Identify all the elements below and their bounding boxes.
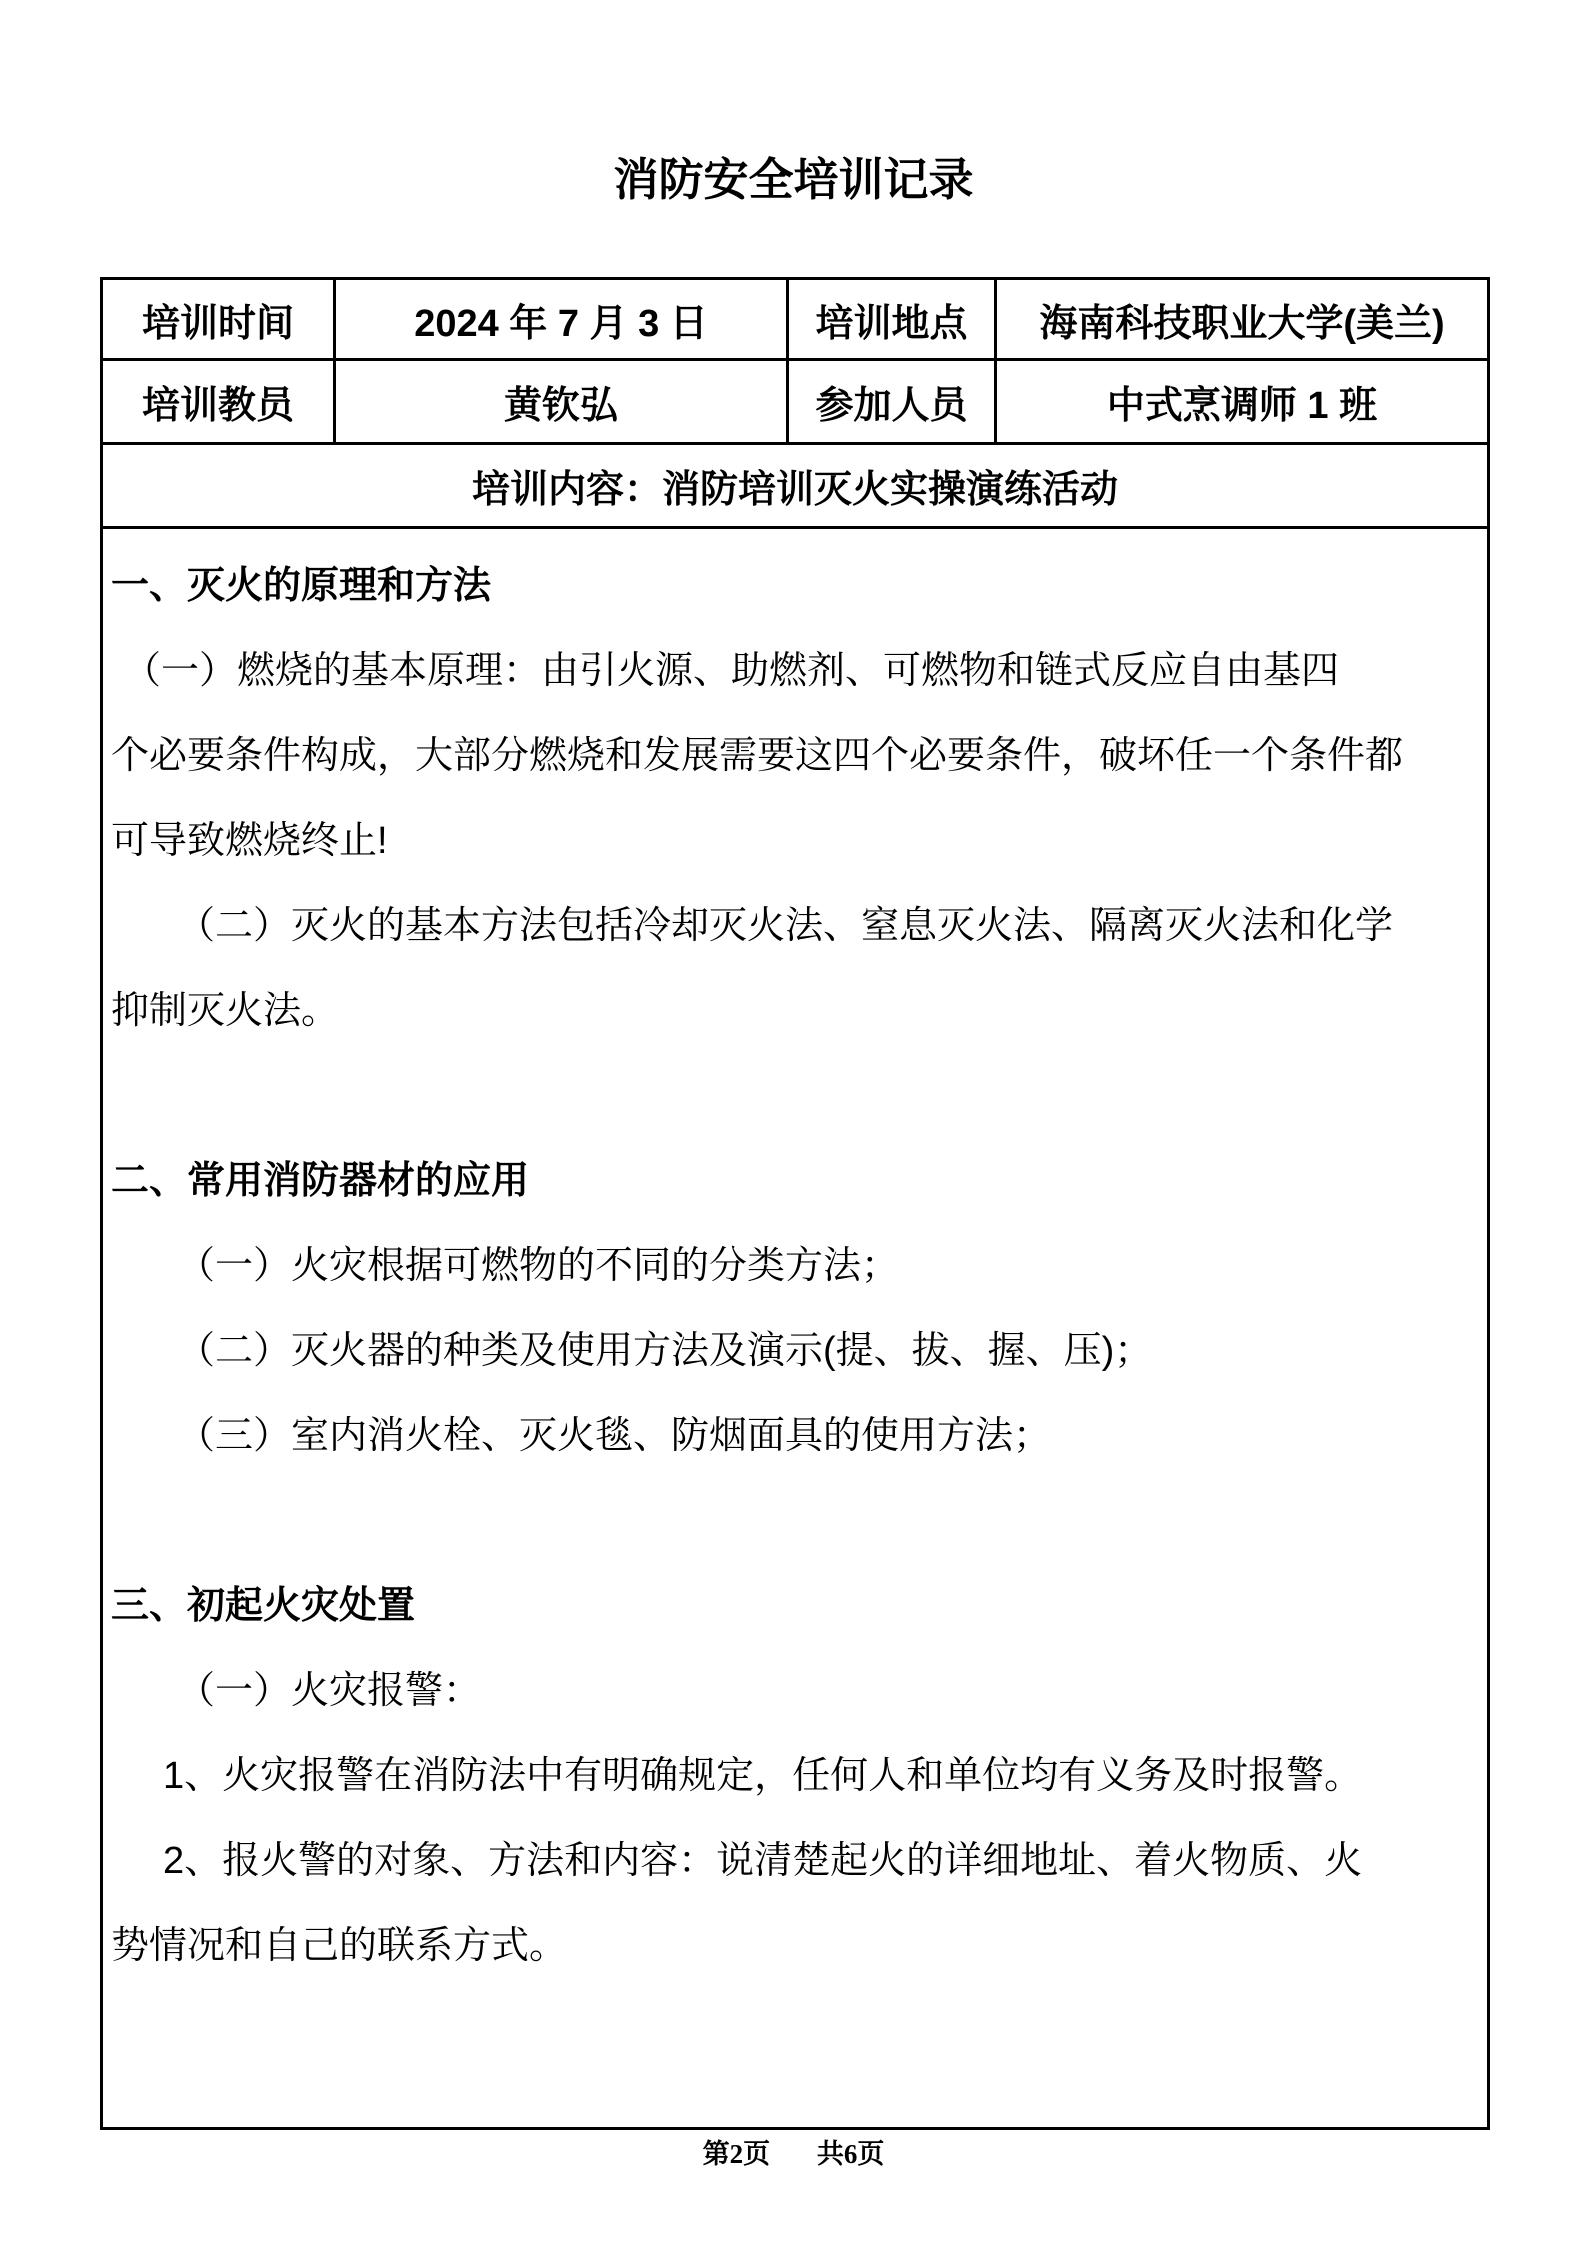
- value-training-time: 2024 年 7 月 3 日: [336, 280, 786, 358]
- section-heading: 二、常用消防器材的应用: [111, 1139, 1479, 1224]
- body-line: （二）灭火的基本方法包括冷却灭火法、窒息灭火法、隔离灭火法和化学: [111, 884, 1479, 969]
- body-line: （一）火灾根据可燃物的不同的分类方法；: [111, 1224, 1479, 1309]
- label-training-time: 培训时间: [103, 280, 333, 358]
- document-title: 消防安全培训记录: [0, 150, 1587, 210]
- body-line: 势情况和自己的联系方式。: [111, 1904, 1479, 1989]
- value-training-instructor: 黄钦弘: [336, 361, 786, 442]
- body-line: （一）燃烧的基本原理：由引火源、助燃剂、可燃物和链式反应自由基四: [111, 629, 1479, 714]
- training-record-table: 培训时间 2024 年 7 月 3 日 培训地点 海南科技职业大学(美兰) 培训…: [100, 277, 1490, 2130]
- document-page: 消防安全培训记录 培训时间 2024 年 7 月 3 日 培训地点 海南科技职业…: [0, 0, 1587, 2245]
- body-line: 可导致燃烧终止!: [111, 799, 1479, 884]
- value-participants: 中式烹调师 1 班: [997, 361, 1487, 442]
- body-line: [111, 1054, 1479, 1139]
- label-participants: 参加人员: [789, 361, 994, 442]
- body-line: （一）火灾报警：: [111, 1649, 1479, 1734]
- page-footer: 第2页 共6页: [0, 2136, 1587, 2172]
- body-line: 2、报火警的对象、方法和内容：说清楚起火的详细地址、着火物质、火: [111, 1819, 1479, 1904]
- page-number: 第2页: [703, 2139, 771, 2169]
- body-line: 1、火灾报警在消防法中有明确规定，任何人和单位均有义务及时报警。: [111, 1734, 1479, 1819]
- label-training-instructor: 培训教员: [103, 361, 333, 442]
- training-content-body: 一、灭火的原理和方法（一）燃烧的基本原理：由引火源、助燃剂、可燃物和链式反应自由…: [103, 529, 1487, 2127]
- page-total: 共6页: [817, 2139, 885, 2169]
- body-line: （二）灭火器的种类及使用方法及演示(提、拔、握、压)；: [111, 1309, 1479, 1394]
- body-line: 个必要条件构成，大部分燃烧和发展需要这四个必要条件，破坏任一个条件都: [111, 714, 1479, 799]
- label-training-location: 培训地点: [789, 280, 994, 358]
- body-line: （三）室内消火栓、灭火毯、防烟面具的使用方法；: [111, 1394, 1479, 1479]
- body-line: 抑制灭火法。: [111, 969, 1479, 1054]
- training-content-header: 培训内容：消防培训灭火实操演练活动: [103, 445, 1487, 526]
- value-training-location: 海南科技职业大学(美兰): [997, 280, 1487, 358]
- body-line: [111, 1479, 1479, 1564]
- section-heading: 一、灭火的原理和方法: [111, 544, 1479, 629]
- section-heading: 三、初起火灾处置: [111, 1564, 1479, 1649]
